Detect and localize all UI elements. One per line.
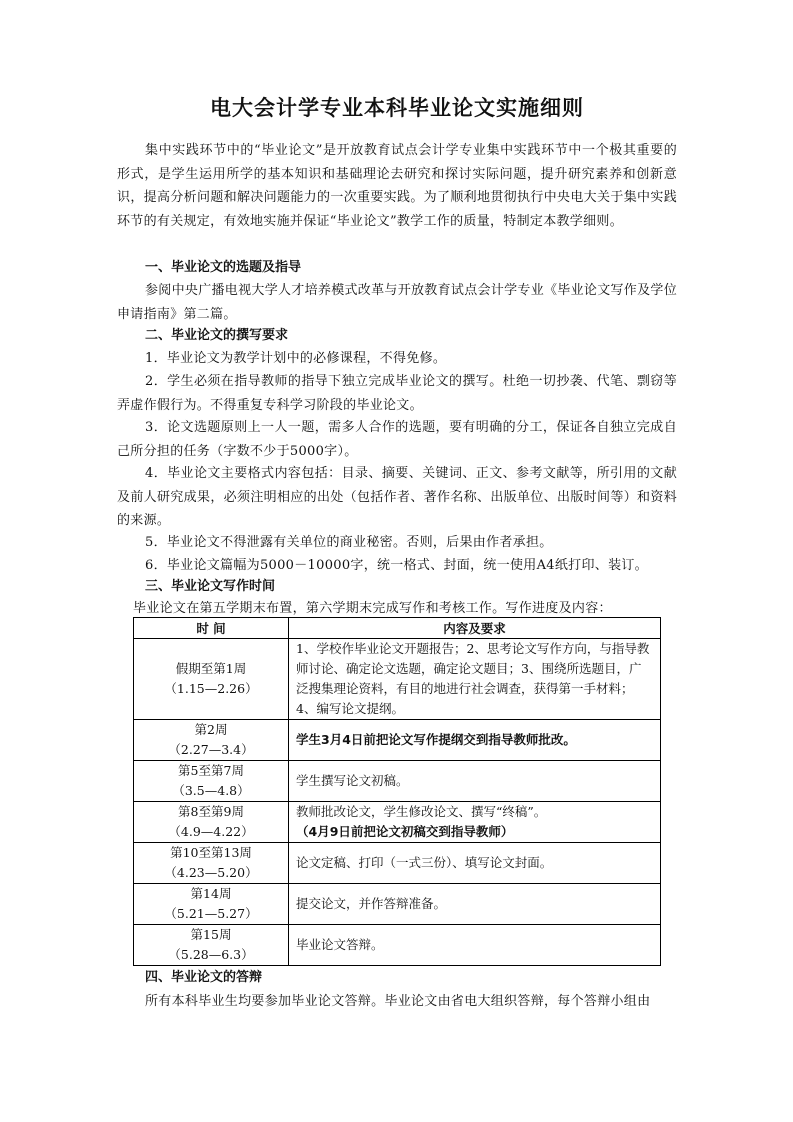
table-row: 第10至第13周（4.23—5.20） 论文定稿、打印（一式三份）、填写论文封面…	[134, 843, 661, 884]
row-dates: （5.21—5.27）	[141, 904, 281, 924]
row-period: 第2周	[141, 720, 281, 740]
section-1-heading: 一、毕业论文的选题及指导	[145, 257, 301, 279]
section-2-heading: 二、毕业论文的撰写要求	[145, 325, 288, 347]
row-period: 第14周	[141, 884, 281, 904]
row-period: 第5至第7周	[141, 761, 281, 781]
header-content: 内容及要求	[289, 618, 661, 639]
row-dates: （4.23—5.20）	[141, 863, 281, 883]
header-time: 时 间	[134, 618, 289, 639]
requirement-5: 5．毕业论文不得泄露有关单位的商业秘密。否则，后果由作者承担。	[117, 531, 677, 555]
row-content-bold: （4月9日前把论文初稿交到指导教师）	[296, 822, 653, 842]
row-content-bold: 学生3月4日前把论文写作提纲交到指导教师批改。	[296, 732, 576, 747]
table-row: 第15周（5.28—6.3） 毕业论文答辩。	[134, 925, 661, 966]
row-period: 假期至第1周	[141, 659, 281, 679]
row-period: 第10至第13周	[141, 843, 281, 863]
table-row: 假期至第1周（1.15—2.26） 1、学校作毕业论文开题报告；2、思考论文写作…	[134, 639, 661, 720]
table-row: 第2周（2.27—3.4） 学生3月4日前把论文写作提纲交到指导教师批改。	[134, 720, 661, 761]
row-content: 学生撰写论文初稿。	[296, 773, 409, 788]
row-content: 论文定稿、打印（一式三份）、填写论文封面。	[296, 855, 552, 870]
row-period: 第8至第9周	[141, 802, 281, 822]
table-row: 第8至第9周（4.9—4.22） 教师批改论文，学生修改论文、撰写“终稿”。（4…	[134, 802, 661, 843]
row-dates: （3.5—4.8）	[141, 781, 281, 801]
table-row: 第14周（5.21—5.27） 提交论文，并作答辩准备。	[134, 884, 661, 925]
row-content: 提交论文，并作答辩准备。	[296, 896, 446, 911]
row-dates: （2.27—3.4）	[141, 740, 281, 760]
section-4-paragraph: 所有本科毕业生均要参加毕业论文答辩。毕业论文由省电大组织答辩，每个答辩小组由	[117, 990, 677, 1014]
requirement-6: 6．毕业论文篇幅为5000－10000字，统一格式、封面，统一使用A4纸打印、装…	[117, 554, 677, 578]
section-3-heading: 三、毕业论文写作时间	[145, 576, 275, 598]
intro-paragraph: 集中实践环节中的“毕业论文”是开放教育试点会计学专业集中实践环节中一个极其重要的…	[117, 139, 677, 233]
row-period: 第15周	[141, 925, 281, 945]
row-dates: （5.28—6.3）	[141, 945, 281, 965]
schedule-table: 时 间 内容及要求 假期至第1周（1.15—2.26） 1、学校作毕业论文开题报…	[133, 617, 661, 966]
row-dates: （4.9—4.22）	[141, 822, 281, 842]
row-content: 毕业论文答辩。	[296, 937, 384, 952]
requirement-4: 4．毕业论文主要格式内容包括：目录、摘要、关键词、正文、参考文献等，所引用的文献…	[117, 462, 677, 533]
requirement-1: 1．毕业论文为教学计划中的必修课程，不得免修。	[117, 347, 677, 371]
section-4-heading: 四、毕业论文的答辩	[145, 967, 262, 989]
row-content: 1、学校作毕业论文开题报告；2、思考论文写作方向，与指导教师讨论、确定论文选题，…	[296, 641, 649, 716]
row-dates: （1.15—2.26）	[141, 679, 281, 699]
table-header-row: 时 间 内容及要求	[134, 618, 661, 639]
table-row: 第5至第7周（3.5—4.8） 学生撰写论文初稿。	[134, 761, 661, 802]
section-1-paragraph: 参阅中央广播电视大学人才培养模式改革与开放教育试点会计学专业《毕业论文写作及学位…	[117, 279, 677, 326]
requirement-2: 2．学生必须在指导教师的指导下独立完成毕业论文的撰写。杜绝一切抄袭、代笔、剽窃等…	[117, 370, 677, 417]
requirement-3: 3．论文选题原则上一人一题，需多人合作的选题，要有明确的分工，保证各自独立完成自…	[117, 416, 677, 463]
document-title: 电大会计学专业本科毕业论文实施细则	[117, 92, 677, 122]
row-content: 教师批改论文，学生修改论文、撰写“终稿”。	[296, 802, 653, 822]
